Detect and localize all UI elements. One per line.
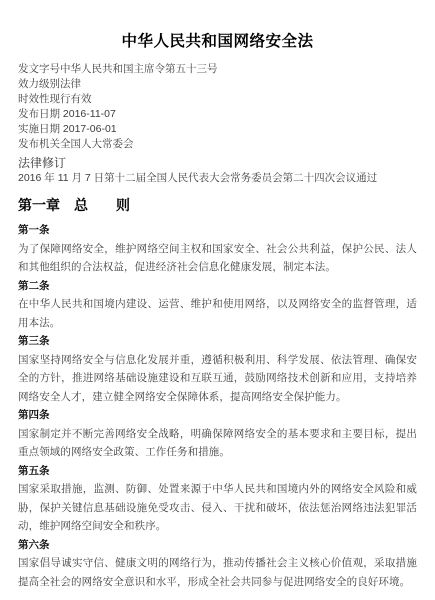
- article-text: 在中华人民共和国境内建设、运营、维护和使用网络，以及网络安全的监督管理，适用本法…: [18, 295, 417, 332]
- article-text: 国家制定并不断完善网络安全战略，明确保障网络安全的基本要求和主要目标，提出重点领…: [18, 425, 417, 462]
- article-text: 国家倡导诚实守信、健康文明的网络行为，推动传播社会主义核心价值观，采取措施提高全…: [18, 554, 417, 591]
- meta-label: 发文字号: [18, 63, 60, 75]
- article-number: 第五条: [18, 462, 417, 481]
- document-metadata: 发文字号中华人民共和国主席令第五十三号 效力级别法律 时效性现行有效 发布日期 …: [18, 62, 417, 152]
- meta-value: 法律: [60, 78, 81, 90]
- article-5: 第五条 国家采取措施，监测、防御、处置来源于中华人民共和国境内外的网络安全风险和…: [18, 462, 417, 536]
- meta-value: 2016-11-07: [60, 108, 116, 120]
- meta-row-effect-level: 效力级别法律: [18, 77, 417, 92]
- article-1: 第一条 为了保障网络安全，维护网络空间主权和国家安全、社会公共利益，保护公民、法…: [18, 221, 417, 277]
- chapter-heading: 第一章 总 则: [18, 197, 417, 214]
- article-text: 国家采取措施，监测、防御、处置来源于中华人民共和国境内外的网络安全风险和威胁，保…: [18, 480, 417, 536]
- articles-list: 第一条 为了保障网络安全，维护网络空间主权和国家安全、社会公共利益，保护公民、法…: [18, 221, 417, 591]
- article-3: 第三条 国家坚持网络安全与信息化发展并重，遵循积极利用、科学发展、依法管理、确保…: [18, 332, 417, 406]
- article-4: 第四条 国家制定并不断完善网络安全战略，明确保障网络安全的基本要求和主要目标，提…: [18, 406, 417, 462]
- meta-value: 全国人大常委会: [60, 138, 134, 150]
- meta-row-issue-number: 发文字号中华人民共和国主席令第五十三号: [18, 62, 417, 77]
- meta-row-issuing-authority: 发布机关全国人大常委会: [18, 137, 417, 152]
- meta-value: 中华人民共和国主席令第五十三号: [60, 63, 218, 75]
- meta-row-validity: 时效性现行有效: [18, 92, 417, 107]
- page-title: 中华人民共和国网络安全法: [18, 33, 417, 51]
- article-number: 第三条: [18, 332, 417, 351]
- article-6: 第六条 国家倡导诚实守信、健康文明的网络行为，推动传播社会主义核心价值观，采取措…: [18, 536, 417, 592]
- article-number: 第六条: [18, 536, 417, 555]
- meta-label: 效力级别: [18, 78, 60, 90]
- law-document-page: 中华人民共和国网络安全法 发文字号中华人民共和国主席令第五十三号 效力级别法律 …: [0, 0, 435, 591]
- meta-value: 2017-06-01: [60, 123, 117, 135]
- article-number: 第一条: [18, 221, 417, 240]
- article-text: 为了保障网络安全，维护网络空间主权和国家安全、社会公共利益，保护公民、法人和其他…: [18, 240, 417, 277]
- meta-label: 发布日期: [18, 108, 60, 120]
- article-text: 国家坚持网络安全与信息化发展并重，遵循积极利用、科学发展、依法管理、确保安全的方…: [18, 351, 417, 407]
- meta-value: 现行有效: [50, 93, 92, 105]
- meta-label: 实施日期: [18, 123, 60, 135]
- passed-by-congress-line: 2016 年 11 月 7 日第十二届全国人民代表大会常务委员会第二十四次会议通…: [18, 171, 417, 186]
- article-2: 第二条 在中华人民共和国境内建设、运营、维护和使用网络，以及网络安全的监督管理，…: [18, 277, 417, 333]
- meta-label: 发布机关: [18, 138, 60, 150]
- law-revision-heading: 法律修订: [18, 155, 417, 171]
- article-number: 第四条: [18, 406, 417, 425]
- meta-row-publish-date: 发布日期 2016-11-07: [18, 107, 417, 122]
- article-number: 第二条: [18, 277, 417, 296]
- meta-row-effective-date: 实施日期 2017-06-01: [18, 122, 417, 137]
- meta-label: 时效性: [18, 93, 50, 105]
